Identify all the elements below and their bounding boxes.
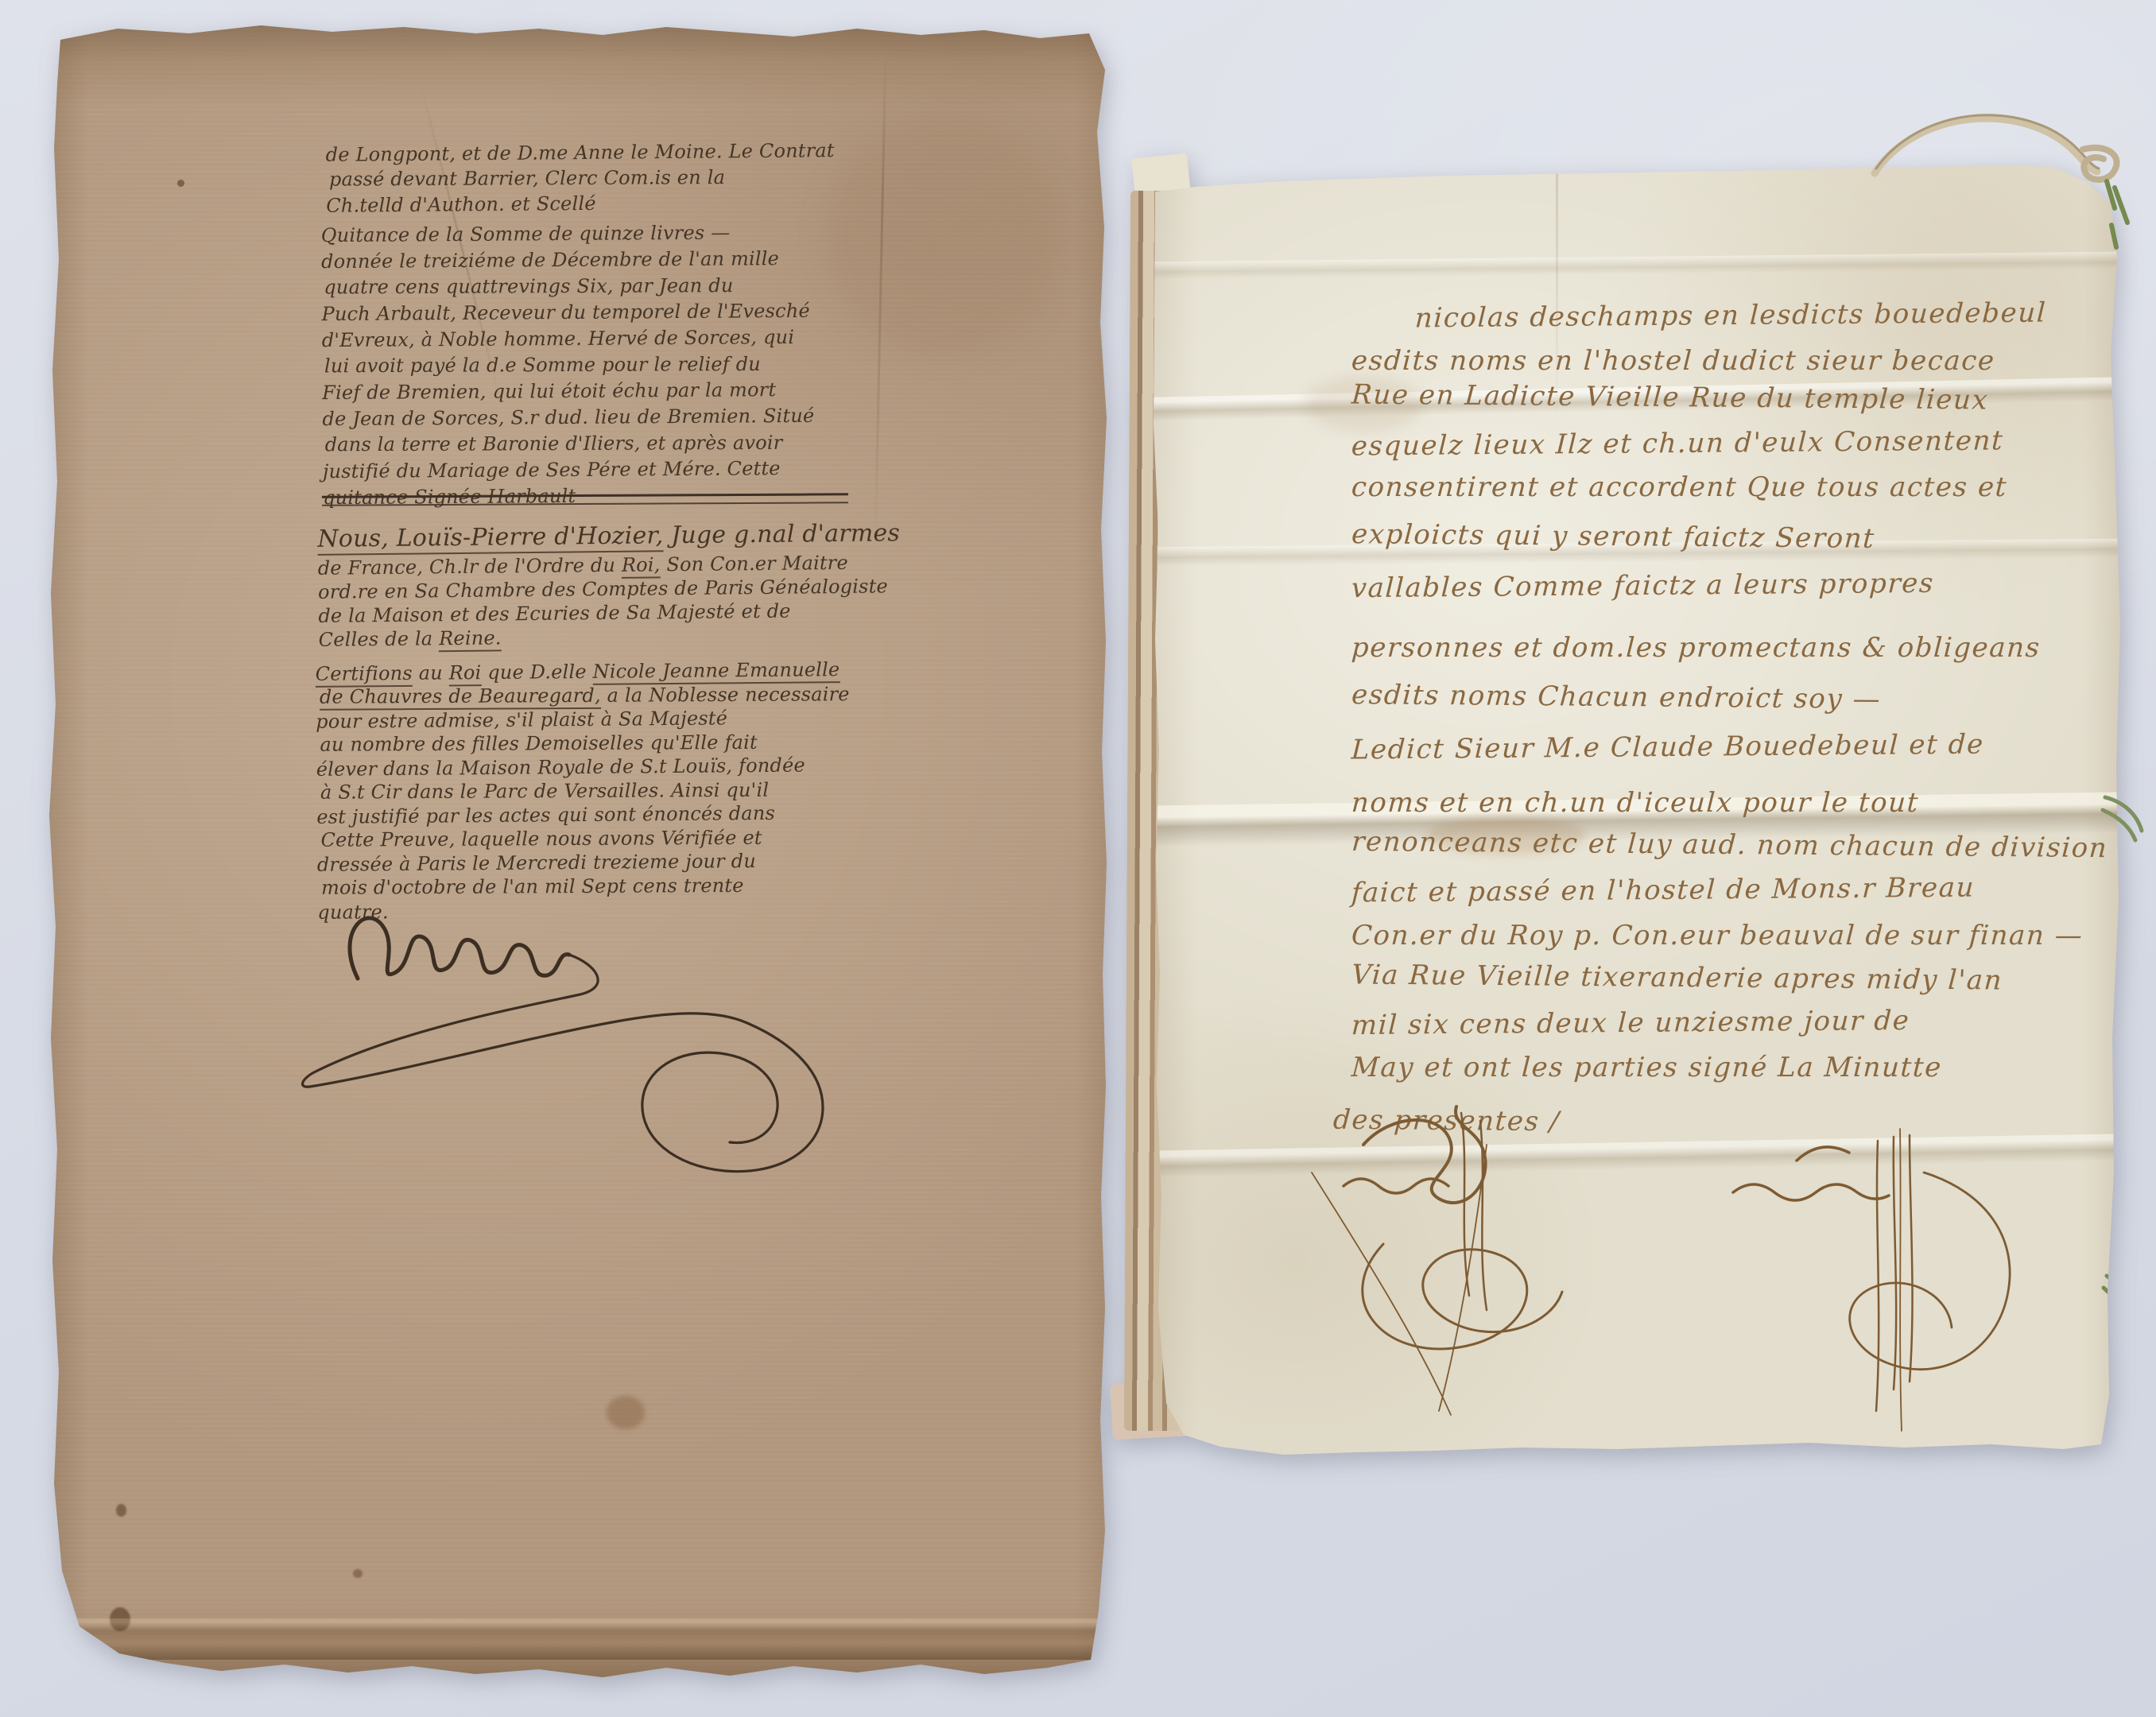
text-segment: dressée à Paris le Mercredi trezieme jou… xyxy=(317,850,756,876)
paper-discoloration xyxy=(825,116,1064,355)
manuscript-line: Celles de la Reine. xyxy=(319,622,902,652)
paper-stain xyxy=(607,1396,645,1429)
manuscript-line: Via Rue Vieille tixeranderie apres midy … xyxy=(1351,959,2003,996)
manuscript-line: esdits noms en l'hostel dudict sieur bec… xyxy=(1351,345,1996,377)
underlined-text: Reine. xyxy=(439,626,502,652)
manuscript-line: vallables Comme faictz a leurs propres xyxy=(1351,568,1935,604)
underlined-text: Certifions xyxy=(316,662,413,688)
text-segment: de France, Ch.lr de l'Ordre du xyxy=(318,554,622,579)
underlined-text: Nous, Louïs-Pierre d'Hozier, xyxy=(317,521,663,556)
manuscript-line: Fief de Bremien, qui lui étoit échu par … xyxy=(322,377,814,406)
text-segment: pour estre admise, s'il plaist à Sa Maje… xyxy=(316,707,727,733)
manuscript-line: exploicts qui y seront faictz Seront xyxy=(1351,518,1876,555)
text-segment: de la Maison et des Ecuries de Sa Majest… xyxy=(318,600,791,627)
manuscript-line: esquelz lieux Ilz et ch.un d'eulx Consen… xyxy=(1351,424,2004,462)
manuscript-line: de Chauvres de Beauregard, a la Noblesse… xyxy=(320,682,850,708)
text-segment: est justifié par les actes qui sont énon… xyxy=(316,802,775,828)
manuscript-line: Ch.telld d'Authon. et Scellé xyxy=(326,188,835,219)
manuscript-line: au nombre des filles Demoiselles qu'Elle… xyxy=(320,730,850,756)
manuscript-entry-block-1: de Longpont, et de D.me Anne le Moine. L… xyxy=(326,138,836,219)
manuscript-line: à S.t Cir dans le Parc de Versailles. Ai… xyxy=(320,777,851,804)
manuscript-line: Rue en Ladicte Vieille Rue du temple lie… xyxy=(1351,379,1990,417)
manuscript-line: passé devant Barrier, Clerc Com.is en la xyxy=(329,164,838,192)
ink-spot xyxy=(116,1504,126,1517)
underlined-text: Nicole Jeanne Emanuelle xyxy=(592,658,840,685)
parchment-tie-cord xyxy=(1844,94,2156,285)
manuscript-line: Quitance de la Somme de quinze livres — xyxy=(321,219,813,249)
underlined-text: Roi, xyxy=(622,553,661,579)
manuscript-line: Puch Arbault, Receveur du temporel de l'… xyxy=(321,298,813,328)
underlined-text: Roi xyxy=(449,661,482,686)
ink-spot xyxy=(353,1569,363,1578)
manuscript-line: personnes et dom.les promectans & oblige… xyxy=(1351,632,2042,664)
manuscript-line: de Jean de Sorces, S.r dud. lieu de Brem… xyxy=(322,403,814,432)
photo-canvas: { "scene": { "background_color": "#d7dbe… xyxy=(0,0,2156,1717)
manuscript-line: d'Evreux, à Noble homme. Hervé de Sorces… xyxy=(322,324,814,354)
certification-header-block: Nous, Louïs-Pierre d'Hozier, Juge g.nal … xyxy=(317,517,901,652)
manuscript-line: nicolas deschamps en lesdicts bouedebeul xyxy=(1414,297,2047,335)
bottom-fold xyxy=(51,1618,1102,1660)
manuscript-line: esdits noms Chacun endroict soy — xyxy=(1351,679,1883,715)
manuscript-line: Con.er du Roy p. Con.eur beauval de sur … xyxy=(1351,920,2084,952)
manuscript-line: faict et passé en l'hostel de Mons.r Bre… xyxy=(1351,872,1976,909)
manuscript-line: élever dans la Maison Royale de S.t Louï… xyxy=(316,753,847,781)
text-segment: a la Noblesse necessaire xyxy=(601,683,850,707)
manuscript-line: justifié du Mariage de Ses Pére et Mére.… xyxy=(323,455,815,485)
manuscript-line: Cette Preuve, laquelle nous avons Vérifi… xyxy=(320,825,851,851)
underlined-text: de Chauvres de Beauregard, xyxy=(320,684,601,711)
text-segment: au nombre des filles Demoiselles qu'Elle… xyxy=(320,731,757,756)
manuscript-line: dressée à Paris le Mercredi trezieme jou… xyxy=(317,848,847,877)
text-segment: élever dans la Maison Royale de S.t Louï… xyxy=(316,754,805,781)
manuscript-line: dans la terre et Baronie d'Iliers, et ap… xyxy=(325,430,817,459)
manuscript-line: donnée le treiziéme de Décembre de l'an … xyxy=(321,246,813,275)
left-document: de Longpont, et de D.me Anne le Moine. L… xyxy=(46,21,1107,1677)
manuscript-line: renonceans etc et luy aud. nom chacun de… xyxy=(1351,826,2109,864)
ink-spot xyxy=(177,180,184,187)
manuscript-line: Ledict Sieur M.e Claude Bouedebeul et de xyxy=(1351,729,1985,766)
text-segment: Son Con.er Maitre xyxy=(660,552,848,576)
paper-crease xyxy=(874,52,887,545)
manuscript-entry-block-2: Quitance de la Somme de quinze livres —d… xyxy=(321,219,815,511)
text-segment: au xyxy=(413,661,449,684)
hozier-signature xyxy=(238,875,1129,1241)
manuscript-line: mil six cens deux le unziesme jour de xyxy=(1351,1005,1910,1041)
manuscript-line: est justifié par les actes qui sont énon… xyxy=(316,800,847,829)
manuscript-line: May et ont les parties signé La Minutte xyxy=(1351,1052,1943,1083)
parchment-document: nicolas deschamps en lesdicts bouedebeul… xyxy=(1149,163,2123,1455)
notary-paraphs xyxy=(1288,1097,2131,1451)
text-segment: Celles de la xyxy=(319,627,440,651)
text-segment: à S.t Cir dans le Parc de Versailles. Ai… xyxy=(320,779,769,804)
text-segment: Juge g.nal d'armes xyxy=(663,519,900,549)
manuscript-line: lui avoit payé la d.e Somme pour le reli… xyxy=(324,351,816,380)
binding-thread-right xyxy=(2091,783,2156,862)
text-segment: que D.elle xyxy=(481,661,592,684)
manuscript-line: consentirent et accordent Que tous actes… xyxy=(1351,471,2008,503)
manuscript-line: Certifions au Roi que D.elle Nicole Jean… xyxy=(316,657,846,686)
manuscript-line: quatre cens quattrevings Six, par Jean d… xyxy=(324,273,816,301)
manuscript-line: de Longpont, et de D.me Anne le Moine. L… xyxy=(326,138,835,168)
text-segment: Cette Preuve, laquelle nous avons Vérifi… xyxy=(320,827,762,851)
manuscript-line: noms et en ch.un d'iceulx pour le tout xyxy=(1351,787,1920,819)
